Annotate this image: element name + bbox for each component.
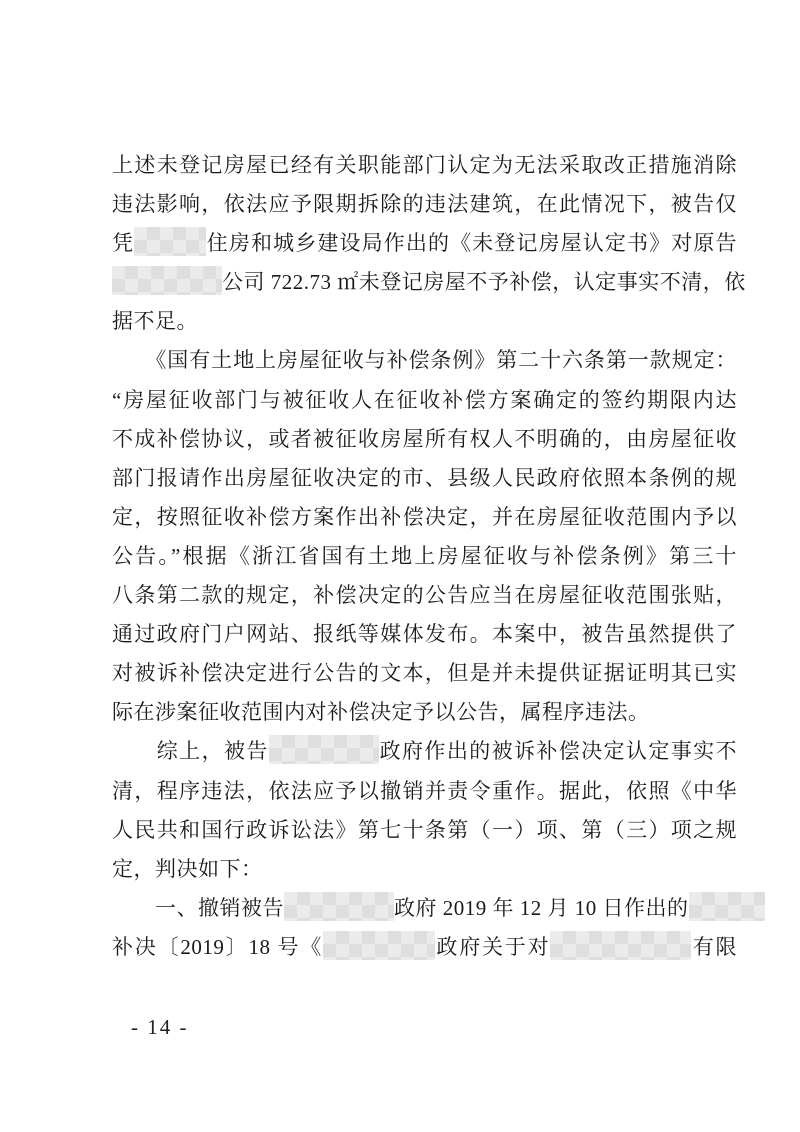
text-line: 《国有土地上房屋征收与补偿条例》第二十六条第一款规定：	[112, 341, 737, 380]
document-body: 上述未登记房屋已经有关职能部门认定为无法采取改正措施消除违法影响，依法应予限期拆…	[112, 146, 737, 967]
text-line: 八条第二款的规定，补偿决定的公告应当在房屋征收范围张贴，	[112, 576, 737, 615]
text-line: 对被诉补偿决定进行公告的文本，但是并未提供证据证明其已实	[112, 654, 737, 693]
document-page: { "colors": { "background": "#ffffff", "…	[0, 0, 800, 1132]
text-segment: 公司 722.73 ㎡未登记房屋不予补偿，认定事实不清，依	[222, 270, 746, 294]
text-segment: 定，按照征收补偿方案作出补偿决定，并在房屋征收范围内予以	[112, 505, 737, 529]
text-segment: 部门报请作出房屋征收决定的市、县级人民政府依照本条例的规	[112, 466, 737, 490]
redaction-block	[550, 931, 691, 960]
text-segment: 据不足。	[112, 309, 198, 333]
text-segment: 住房和城乡建设局作出的《未登记房屋认定书》对原告	[206, 231, 737, 255]
text-line: 通过政府门户网站、报纸等媒体发布。本案中，被告虽然提供了	[112, 615, 737, 654]
text-line: 违法影响，依法应予限期拆除的违法建筑，在此情况下，被告仅	[112, 185, 737, 224]
text-segment: 违法影响，依法应予限期拆除的违法建筑，在此情况下，被告仅	[112, 192, 737, 216]
text-segment: 八条第二款的规定，补偿决定的公告应当在房屋征收范围张贴，	[112, 583, 737, 607]
text-segment: 政府关于对	[435, 935, 550, 959]
text-line: 部门报请作出房屋征收决定的市、县级人民政府依照本条例的规	[112, 459, 737, 498]
redaction-block	[269, 735, 379, 764]
text-segment: 不成补偿协议，或者被征收房屋所有权人不明确的，由房屋征收	[112, 427, 737, 451]
text-segment: 政府作出的被诉补偿决定认定事实不	[379, 739, 737, 763]
text-segment: 有限	[691, 935, 737, 959]
page-number: - 14 -	[131, 1012, 189, 1042]
text-line: 上述未登记房屋已经有关职能部门认定为无法采取改正措施消除	[112, 146, 737, 185]
text-line: 公司 722.73 ㎡未登记房屋不予补偿，认定事实不清，依	[112, 263, 737, 302]
text-line: 清，程序违法，依法应予以撤销并责令重作。据此，依照《中华	[112, 772, 737, 811]
text-line: 定，判决如下：	[112, 850, 737, 889]
text-segment: 对被诉补偿决定进行公告的文本，但是并未提供证据证明其已实	[112, 661, 737, 685]
text-segment: 凭	[112, 231, 134, 255]
text-segment: 公告。”根据《浙江省国有土地上房屋征收与补偿条例》第三十	[112, 544, 737, 568]
text-segment: 清，程序违法，依法应予以撤销并责令重作。据此，依照《中华	[112, 779, 737, 803]
redaction-block	[112, 266, 222, 295]
text-line: 际在涉案征收范围内对补偿决定予以公告，属程序违法。	[112, 693, 737, 732]
text-segment: 补决〔2019〕18 号《	[112, 935, 323, 959]
text-line: 公告。”根据《浙江省国有土地上房屋征收与补偿条例》第三十	[112, 537, 737, 576]
text-line: 凭住房和城乡建设局作出的《未登记房屋认定书》对原告	[112, 224, 737, 263]
text-line: 人民共和国行政诉讼法》第七十条第（一）项、第（三）项之规	[112, 811, 737, 850]
text-segment: 一、撤销被告	[112, 896, 284, 920]
text-segment: 通过政府门户网站、报纸等媒体发布。本案中，被告虽然提供了	[112, 622, 737, 646]
text-segment: 定，判决如下：	[112, 857, 263, 881]
text-line: 补决〔2019〕18 号《政府关于对有限	[112, 928, 737, 967]
text-segment: 际在涉案征收范围内对补偿决定予以公告，属程序违法。	[112, 700, 650, 724]
text-line: 定，按照征收补偿方案作出补偿决定，并在房屋征收范围内予以	[112, 498, 737, 537]
text-line: 不成补偿协议，或者被征收房屋所有权人不明确的，由房屋征收	[112, 420, 737, 459]
text-segment: 《国有土地上房屋征收与补偿条例》第二十六条第一款规定：	[112, 348, 737, 372]
text-line: 一、撤销被告政府 2019 年 12 月 10 日作出的	[112, 889, 737, 928]
redaction-block	[689, 892, 765, 921]
text-segment: 上述未登记房屋已经有关职能部门认定为无法采取改正措施消除	[112, 153, 737, 177]
text-segment: 政府 2019 年 12 月 10 日作出的	[394, 896, 689, 920]
text-segment: 人民共和国行政诉讼法》第七十条第（一）项、第（三）项之规	[112, 818, 737, 842]
text-line: 据不足。	[112, 302, 737, 341]
text-line: 综上，被告政府作出的被诉补偿决定认定事实不	[112, 732, 737, 771]
redaction-block	[134, 227, 206, 256]
text-segment: 综上，被告	[112, 739, 269, 763]
redaction-block	[323, 931, 435, 960]
text-line: “房屋征收部门与被征收人在征收补偿方案确定的签约期限内达	[112, 381, 737, 420]
text-segment: “房屋征收部门与被征收人在征收补偿方案确定的签约期限内达	[112, 388, 737, 412]
redaction-block	[284, 892, 394, 921]
